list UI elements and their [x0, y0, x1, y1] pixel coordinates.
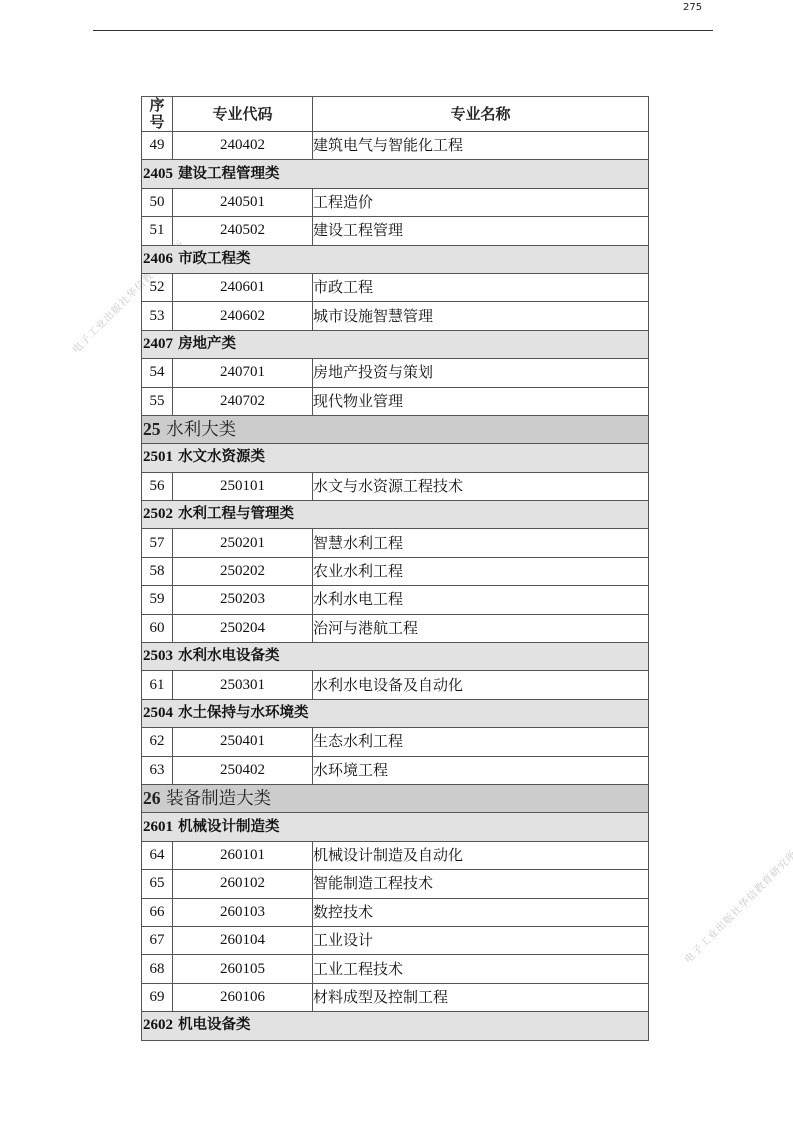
header-seq-line1: 序	[149, 97, 164, 115]
seq-cell: 63	[142, 756, 173, 784]
name-cell: 房地产投资与策划	[313, 359, 649, 387]
category-cell: 2602 机电设备类	[142, 1012, 649, 1040]
table-header-row: 序 号 专业代码 专业名称	[142, 97, 649, 132]
header-code: 专业代码	[173, 97, 313, 132]
seq-cell: 65	[142, 870, 173, 898]
code-cell: 240502	[173, 217, 313, 245]
category-row: 2501 水文水资源类	[142, 444, 649, 472]
header-rule	[93, 30, 713, 31]
name-cell: 工程造价	[313, 188, 649, 216]
major-category-name: 装备制造大类	[166, 789, 271, 809]
name-cell: 治河与港航工程	[313, 614, 649, 642]
category-row: 2407 房地产类	[142, 330, 649, 358]
category-code: 2405	[143, 166, 173, 182]
category-code: 2601	[143, 819, 173, 835]
header-name: 专业名称	[313, 97, 649, 132]
name-cell: 市政工程	[313, 273, 649, 301]
code-cell: 250201	[173, 529, 313, 557]
major-category-code: 26	[143, 788, 161, 808]
table-row: 63250402水环境工程	[142, 756, 649, 784]
seq-cell: 66	[142, 898, 173, 926]
name-cell: 水利水电设备及自动化	[313, 671, 649, 699]
page-number: 275	[683, 2, 702, 13]
code-cell: 240602	[173, 302, 313, 330]
code-cell: 250203	[173, 586, 313, 614]
name-cell: 水环境工程	[313, 756, 649, 784]
name-cell: 水文与水资源工程技术	[313, 472, 649, 500]
category-name: 水利工程与管理类	[178, 506, 294, 522]
table-row: 64260101机械设计制造及自动化	[142, 841, 649, 869]
major-category-code: 25	[143, 419, 161, 439]
seq-cell: 59	[142, 586, 173, 614]
category-row: 2502 水利工程与管理类	[142, 501, 649, 529]
code-cell: 250401	[173, 728, 313, 756]
category-code: 2504	[143, 705, 173, 721]
seq-cell: 56	[142, 472, 173, 500]
category-row: 2601 机械设计制造类	[142, 813, 649, 841]
seq-cell: 53	[142, 302, 173, 330]
table-row: 50240501工程造价	[142, 188, 649, 216]
table-row: 51240502建设工程管理	[142, 217, 649, 245]
category-name: 水土保持与水环境类	[178, 705, 309, 721]
table-row: 65260102智能制造工程技术	[142, 870, 649, 898]
watermark-right: 电子工业出版社华信教育研究所	[680, 846, 793, 966]
name-cell: 机械设计制造及自动化	[313, 841, 649, 869]
category-cell: 2501 水文水资源类	[142, 444, 649, 472]
major-category-cell: 26 装备制造大类	[142, 784, 649, 812]
code-cell: 260105	[173, 955, 313, 983]
header-seq: 序 号	[142, 97, 173, 132]
code-cell: 260101	[173, 841, 313, 869]
category-cell: 2503 水利水电设备类	[142, 643, 649, 671]
category-cell: 2504 水土保持与水环境类	[142, 699, 649, 727]
category-cell: 2405 建设工程管理类	[142, 160, 649, 188]
category-code: 2407	[143, 336, 173, 352]
major-category-cell: 25 水利大类	[142, 415, 649, 443]
seq-cell: 49	[142, 132, 173, 160]
category-row: 2406 市政工程类	[142, 245, 649, 273]
code-cell: 240701	[173, 359, 313, 387]
seq-cell: 60	[142, 614, 173, 642]
seq-cell: 64	[142, 841, 173, 869]
seq-cell: 68	[142, 955, 173, 983]
header-seq-line2: 号	[149, 113, 164, 131]
name-cell: 生态水利工程	[313, 728, 649, 756]
category-name: 水利水电设备类	[178, 648, 280, 664]
category-cell: 2502 水利工程与管理类	[142, 501, 649, 529]
table-row: 62250401生态水利工程	[142, 728, 649, 756]
name-cell: 水利水电工程	[313, 586, 649, 614]
table-row: 56250101水文与水资源工程技术	[142, 472, 649, 500]
code-cell: 260102	[173, 870, 313, 898]
table-row: 49240402建筑电气与智能化工程	[142, 132, 649, 160]
code-cell: 250402	[173, 756, 313, 784]
seq-cell: 51	[142, 217, 173, 245]
name-cell: 农业水利工程	[313, 557, 649, 585]
seq-cell: 67	[142, 926, 173, 954]
category-row: 2504 水土保持与水环境类	[142, 699, 649, 727]
majors-table: 序 号 专业代码 专业名称 49240402建筑电气与智能化工程 2405 建设…	[141, 96, 649, 1041]
category-code: 2406	[143, 251, 173, 267]
category-code: 2602	[143, 1017, 173, 1033]
seq-cell: 55	[142, 387, 173, 415]
name-cell: 材料成型及控制工程	[313, 983, 649, 1011]
table-row: 52240601市政工程	[142, 273, 649, 301]
code-cell: 250202	[173, 557, 313, 585]
major-category-row: 26 装备制造大类	[142, 784, 649, 812]
table-row: 54240701房地产投资与策划	[142, 359, 649, 387]
table-row: 60250204治河与港航工程	[142, 614, 649, 642]
code-cell: 260103	[173, 898, 313, 926]
table-row: 53240602城市设施智慧管理	[142, 302, 649, 330]
table-row: 55240702现代物业管理	[142, 387, 649, 415]
name-cell: 智能制造工程技术	[313, 870, 649, 898]
table-row: 58250202农业水利工程	[142, 557, 649, 585]
table-row: 69260106材料成型及控制工程	[142, 983, 649, 1011]
category-name: 房地产类	[178, 336, 236, 352]
category-cell: 2601 机械设计制造类	[142, 813, 649, 841]
table-row: 67260104工业设计	[142, 926, 649, 954]
seq-cell: 58	[142, 557, 173, 585]
name-cell: 现代物业管理	[313, 387, 649, 415]
code-cell: 250204	[173, 614, 313, 642]
name-cell: 工业工程技术	[313, 955, 649, 983]
code-cell: 240702	[173, 387, 313, 415]
major-category-row: 25 水利大类	[142, 415, 649, 443]
category-name: 建设工程管理类	[178, 166, 280, 182]
seq-cell: 61	[142, 671, 173, 699]
category-row: 2602 机电设备类	[142, 1012, 649, 1040]
category-code: 2501	[143, 449, 173, 465]
seq-cell: 69	[142, 983, 173, 1011]
category-cell: 2406 市政工程类	[142, 245, 649, 273]
category-name: 机械设计制造类	[178, 819, 280, 835]
seq-cell: 50	[142, 188, 173, 216]
category-name: 机电设备类	[178, 1017, 251, 1033]
category-row: 2405 建设工程管理类	[142, 160, 649, 188]
category-name: 水文水资源类	[178, 449, 265, 465]
table-row: 68260105工业工程技术	[142, 955, 649, 983]
code-cell: 250301	[173, 671, 313, 699]
name-cell: 城市设施智慧管理	[313, 302, 649, 330]
name-cell: 建筑电气与智能化工程	[313, 132, 649, 160]
table-row: 59250203水利水电工程	[142, 586, 649, 614]
major-category-name: 水利大类	[166, 420, 236, 440]
code-cell: 240601	[173, 273, 313, 301]
seq-cell: 62	[142, 728, 173, 756]
seq-cell: 57	[142, 529, 173, 557]
name-cell: 智慧水利工程	[313, 529, 649, 557]
table-row: 57250201智慧水利工程	[142, 529, 649, 557]
code-cell: 240402	[173, 132, 313, 160]
table-row: 66260103数控技术	[142, 898, 649, 926]
table-row: 61250301水利水电设备及自动化	[142, 671, 649, 699]
seq-cell: 52	[142, 273, 173, 301]
category-code: 2503	[143, 648, 173, 664]
name-cell: 工业设计	[313, 926, 649, 954]
category-name: 市政工程类	[178, 251, 251, 267]
table-body: 49240402建筑电气与智能化工程 2405 建设工程管理类 50240501…	[142, 132, 649, 1041]
name-cell: 建设工程管理	[313, 217, 649, 245]
code-cell: 260104	[173, 926, 313, 954]
category-code: 2502	[143, 506, 173, 522]
category-cell: 2407 房地产类	[142, 330, 649, 358]
code-cell: 240501	[173, 188, 313, 216]
seq-cell: 54	[142, 359, 173, 387]
category-row: 2503 水利水电设备类	[142, 643, 649, 671]
code-cell: 250101	[173, 472, 313, 500]
code-cell: 260106	[173, 983, 313, 1011]
name-cell: 数控技术	[313, 898, 649, 926]
